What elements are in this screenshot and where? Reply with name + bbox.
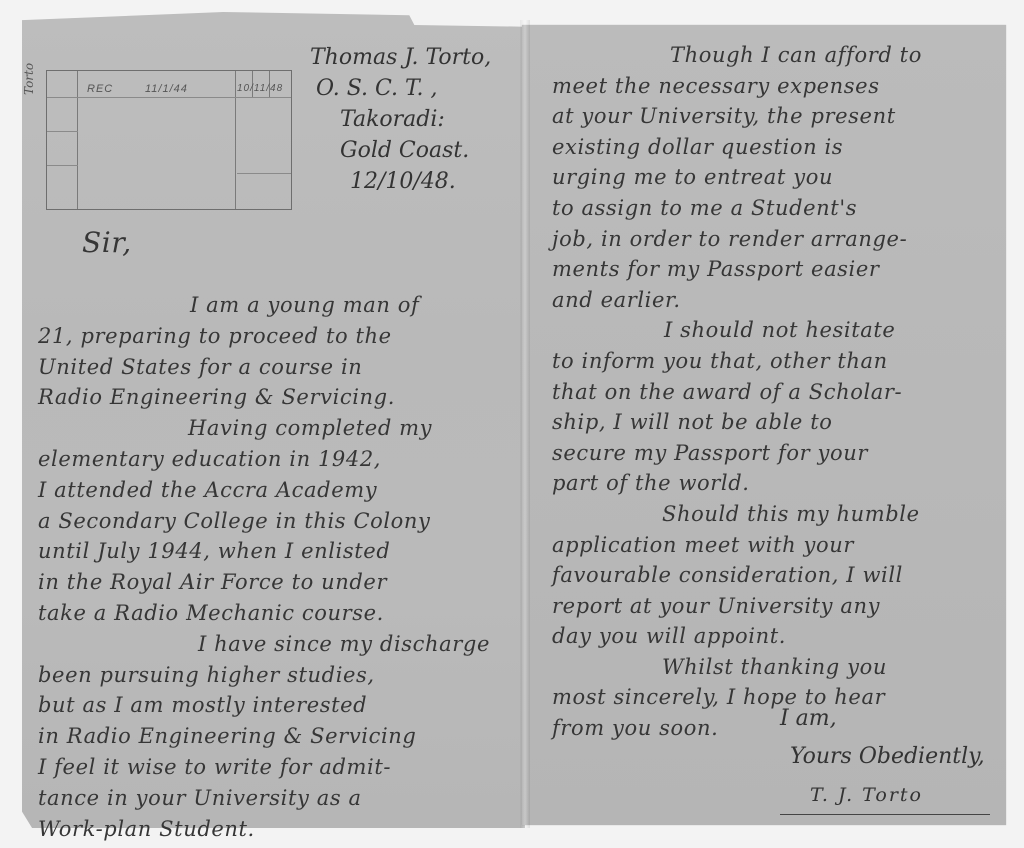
body-line: that on the award of a Scholar- bbox=[552, 377, 922, 408]
body-line: Should this my humble bbox=[552, 499, 922, 530]
body-line: Work-plan Student. bbox=[38, 814, 490, 845]
body-line: Radio Engineering & Servicing. bbox=[38, 382, 490, 413]
body-line: I have since my discharge bbox=[38, 629, 490, 660]
sender-country: Gold Coast. bbox=[300, 135, 491, 166]
body-line: to inform you that, other than bbox=[552, 346, 922, 377]
body-line: Though I can afford to bbox=[552, 40, 922, 71]
body-line: ments for my Passport easier bbox=[552, 254, 922, 285]
body-line: take a Radio Mechanic course. bbox=[38, 598, 490, 629]
body-line: been pursuing higher studies, bbox=[38, 660, 490, 691]
body-line: part of the world. bbox=[552, 468, 922, 499]
scanned-letter: Torto REC 11/1/44 10/11/48 Thomas J. Tor… bbox=[0, 0, 1024, 848]
body-line: I am a young man of bbox=[38, 290, 490, 321]
body-line: to assign to me a Student's bbox=[552, 193, 922, 224]
body-line: a Secondary College in this Colony bbox=[38, 506, 490, 537]
stamp-received-date: 11/1/44 bbox=[145, 83, 188, 95]
sender-city: Takoradi: bbox=[300, 104, 491, 135]
stamp-right-date: 10/11/48 bbox=[237, 83, 283, 94]
body-line: job, in order to render arrange- bbox=[552, 224, 922, 255]
margin-note: Torto bbox=[22, 63, 36, 95]
right-page-body: Though I can afford to meet the necessar… bbox=[552, 40, 922, 744]
body-line: application meet with your bbox=[552, 530, 922, 561]
closing-line: I am, bbox=[780, 700, 990, 738]
body-line: in the Royal Air Force to under bbox=[38, 567, 490, 598]
letter-date: 12/10/48. bbox=[300, 166, 491, 197]
closing-yours: Yours Obediently, bbox=[780, 738, 990, 776]
body-line: meet the necessary expenses bbox=[552, 71, 922, 102]
sender-line2: O. S. C. T. , bbox=[300, 73, 491, 104]
body-line: United States for a course in bbox=[38, 352, 490, 383]
received-stamp-box: REC 11/1/44 10/11/48 bbox=[46, 70, 292, 210]
body-line: urging me to entreat you bbox=[552, 162, 922, 193]
body-line: I attended the Accra Academy bbox=[38, 475, 490, 506]
body-line: but as I am mostly interested bbox=[38, 690, 490, 721]
body-line: secure my Passport for your bbox=[552, 438, 922, 469]
body-line: and earlier. bbox=[552, 285, 922, 316]
body-line: favourable consideration, I will bbox=[552, 560, 922, 591]
body-line: report at your University any bbox=[552, 591, 922, 622]
body-line: Having completed my bbox=[38, 413, 490, 444]
body-line: elementary education in 1942, bbox=[38, 444, 490, 475]
body-line: I feel it wise to write for admit- bbox=[38, 752, 490, 783]
page-fold bbox=[520, 20, 530, 828]
body-line: ship, I will not be able to bbox=[552, 407, 922, 438]
body-line: 21, preparing to proceed to the bbox=[38, 321, 490, 352]
salutation: Sir, bbox=[82, 228, 132, 259]
signature: T. J. Torto bbox=[780, 776, 990, 815]
body-line: at your University, the present bbox=[552, 101, 922, 132]
body-line: until July 1944, when I enlisted bbox=[38, 536, 490, 567]
stamp-received-label: REC bbox=[87, 83, 113, 95]
body-line: I should not hesitate bbox=[552, 315, 922, 346]
body-line: in Radio Engineering & Servicing bbox=[38, 721, 490, 752]
body-line: tance in your University as a bbox=[38, 783, 490, 814]
closing-block: I am, Yours Obediently, T. J. Torto bbox=[780, 700, 990, 815]
body-line: Whilst thanking you bbox=[552, 652, 922, 683]
body-line: day you will appoint. bbox=[552, 621, 922, 652]
sender-address: Thomas J. Torto, O. S. C. T. , Takoradi:… bbox=[300, 42, 491, 197]
sender-name: Thomas J. Torto, bbox=[300, 42, 491, 73]
body-line: existing dollar question is bbox=[552, 132, 922, 163]
left-page-body: I am a young man of 21, preparing to pro… bbox=[38, 290, 490, 844]
